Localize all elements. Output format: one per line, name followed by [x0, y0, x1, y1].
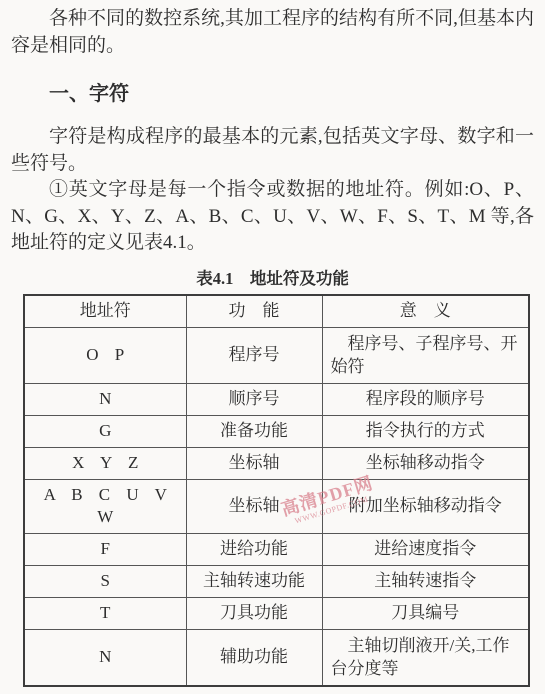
cell-meaning: 指令执行的方式 [322, 415, 529, 447]
cell-function: 坐标轴 [186, 447, 322, 479]
cell-meaning: 主轴切削液开/关,工作台分度等 [322, 629, 529, 686]
cell-symbol: S [24, 565, 186, 597]
table-row: A B C U V W坐标轴附加坐标轴移动指令 [24, 479, 529, 533]
table-header-row: 地址符 功 能 意 义 [24, 295, 529, 328]
cell-symbol: T [24, 597, 186, 629]
cell-meaning: 刀具编号 [322, 597, 529, 629]
cell-symbol: A B C U V W [24, 479, 186, 533]
table-row: F进给功能进给速度指令 [24, 533, 529, 565]
cell-function: 顺序号 [186, 383, 322, 415]
table-row: S主轴转速功能主轴转速指令 [24, 565, 529, 597]
table-body: O P程序号程序号、子程序号、开始符N顺序号程序段的顺序号G准备功能指令执行的方… [24, 327, 529, 686]
cell-meaning: 附加坐标轴移动指令 [322, 479, 529, 533]
cell-symbol: F [24, 533, 186, 565]
table-row: G准备功能指令执行的方式 [24, 415, 529, 447]
cell-symbol: O P [24, 327, 186, 383]
table-row: O P程序号程序号、子程序号、开始符 [24, 327, 529, 383]
cell-symbol: N [24, 629, 186, 686]
paragraph-letters: ①英文字母是每一个指令或数据的地址符。例如:O、P、N、G、X、Y、Z、A、B、… [11, 177, 534, 257]
cell-symbol: G [24, 415, 186, 447]
table-row: X Y Z坐标轴坐标轴移动指令 [24, 447, 529, 479]
cell-function: 进给功能 [186, 533, 322, 565]
cell-meaning: 主轴转速指令 [322, 565, 529, 597]
section-heading: 一、字符 [11, 81, 534, 108]
cell-symbol: X Y Z [24, 447, 186, 479]
cell-function: 辅助功能 [186, 629, 322, 686]
header-meaning: 意 义 [322, 295, 529, 328]
table-row: N顺序号程序段的顺序号 [24, 383, 529, 415]
table-row: N辅助功能主轴切削液开/关,工作台分度等 [24, 629, 529, 686]
paragraph-intro: 各种不同的数控系统,其加工程序的结构有所不同,但基本内容是相同的。 [11, 6, 534, 59]
cell-function: 刀具功能 [186, 597, 322, 629]
cell-function: 程序号 [186, 327, 322, 383]
cell-function: 坐标轴 [186, 479, 322, 533]
address-table: 地址符 功 能 意 义 O P程序号程序号、子程序号、开始符N顺序号程序段的顺序… [23, 294, 530, 687]
cell-function: 准备功能 [186, 415, 322, 447]
cell-meaning: 程序段的顺序号 [322, 383, 529, 415]
cell-symbol: N [24, 383, 186, 415]
paragraph-characters: 字符是构成程序的最基本的元素,包括英文字母、数字和一些符号。 [11, 124, 534, 177]
table-row: T刀具功能刀具编号 [24, 597, 529, 629]
header-address-symbol: 地址符 [24, 295, 186, 328]
cell-function: 主轴转速功能 [186, 565, 322, 597]
header-function: 功 能 [186, 295, 322, 328]
cell-meaning: 进给速度指令 [322, 533, 529, 565]
cell-meaning: 程序号、子程序号、开始符 [322, 327, 529, 383]
table-caption: 表4.1 地址符及功能 [11, 265, 534, 289]
document-page: 各种不同的数控系统,其加工程序的结构有所不同,但基本内容是相同的。 一、字符 字… [0, 0, 545, 694]
cell-meaning: 坐标轴移动指令 [322, 447, 529, 479]
